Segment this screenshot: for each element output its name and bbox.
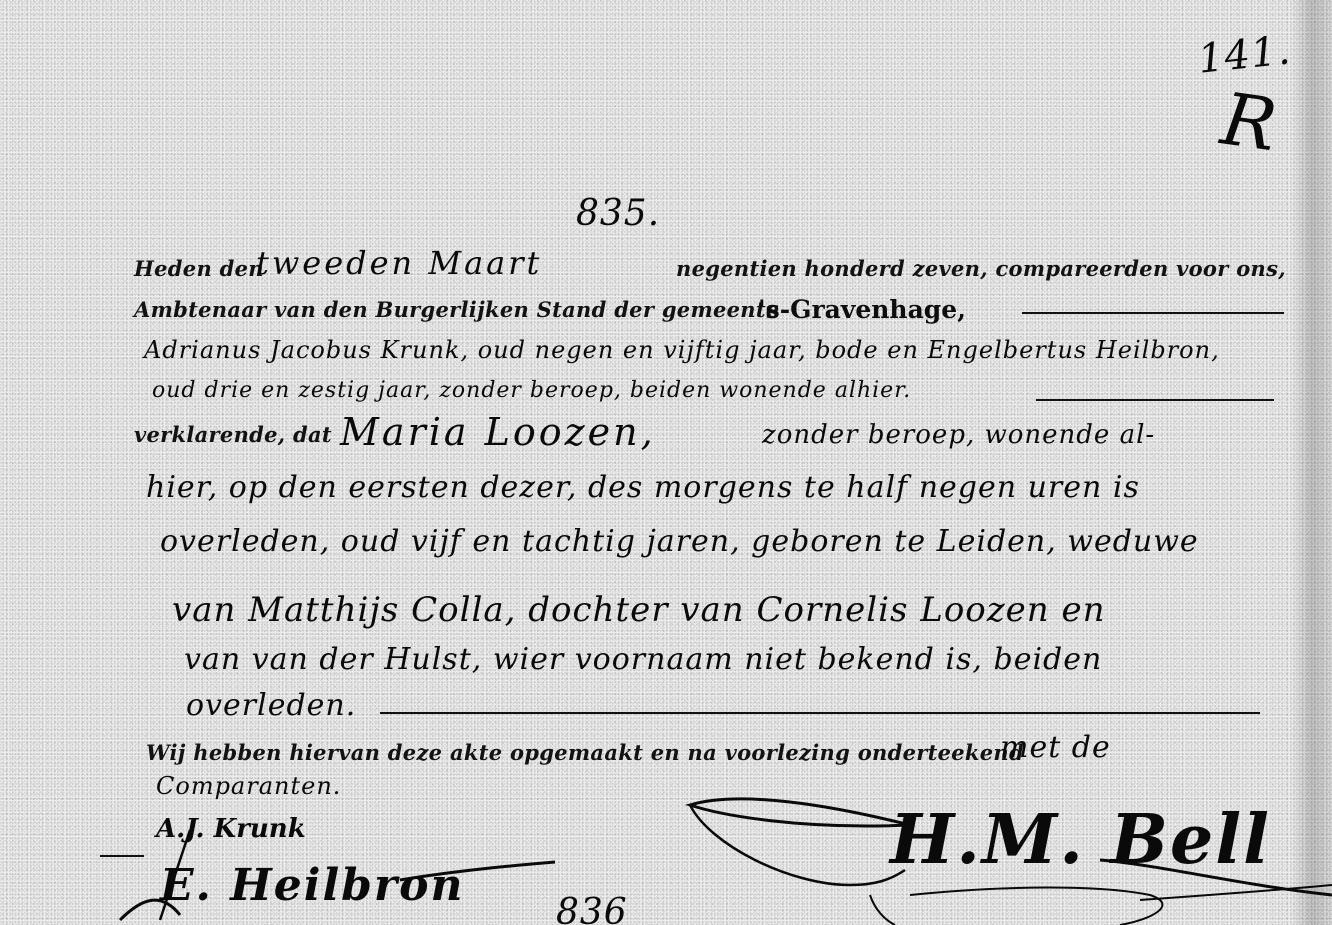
line7-age-birthplace: overleden, oud vijf en tachtig jaren, ge… [160, 524, 1199, 559]
line1-handwritten-date: tweeden Maart [256, 244, 542, 282]
line6-date-time: hier, op den eersten dezer, des morgens … [146, 470, 1140, 505]
line8-spouse-father: van Matthijs Colla, dochter van Cornelis… [172, 590, 1106, 630]
line2-printed-ambtenaar: Ambtenaar van den Burgerlijken Stand der… [134, 297, 780, 322]
line3-witnesses: Adrianus Jacobus Krunk, oud negen en vij… [144, 336, 1220, 364]
line12-comparanten: Comparanten. [156, 772, 341, 800]
fill-rule [380, 712, 1260, 714]
signature-heilbron-flourish [100, 820, 560, 925]
line11-printed-closing: Wij hebben hiervan deze akte opgemaakt e… [146, 740, 1024, 765]
line4-witnesses-cont: oud drie en zestig jaar, zonder beroep, … [152, 378, 911, 403]
next-act-number: 836 [556, 892, 628, 925]
fill-rule [1036, 399, 1274, 401]
fill-rule [1022, 312, 1284, 314]
line5-printed-verklarende: verklarende, dat [134, 422, 332, 447]
line1-printed-heden: Heden den [134, 256, 264, 281]
act-number: 835. [576, 193, 660, 234]
line9-mother: van van der Hulst, wier voornaam niet be… [184, 642, 1102, 677]
line10-overleden: overleden. [186, 688, 356, 723]
signature-official: H.M. Bell [890, 800, 1271, 880]
line5-occupation: zonder beroep, wonende al- [762, 420, 1155, 450]
deceased-name: Maria Loozen, [340, 410, 656, 454]
line2-city: 's-Gravenhage, [758, 295, 966, 324]
line1-printed-year: negentien honderd zeven, compareerden vo… [676, 256, 1286, 281]
page-number: 141. [1196, 27, 1293, 82]
line11-handwritten: met de [1000, 730, 1111, 765]
page-initial-mark: R [1216, 77, 1282, 168]
